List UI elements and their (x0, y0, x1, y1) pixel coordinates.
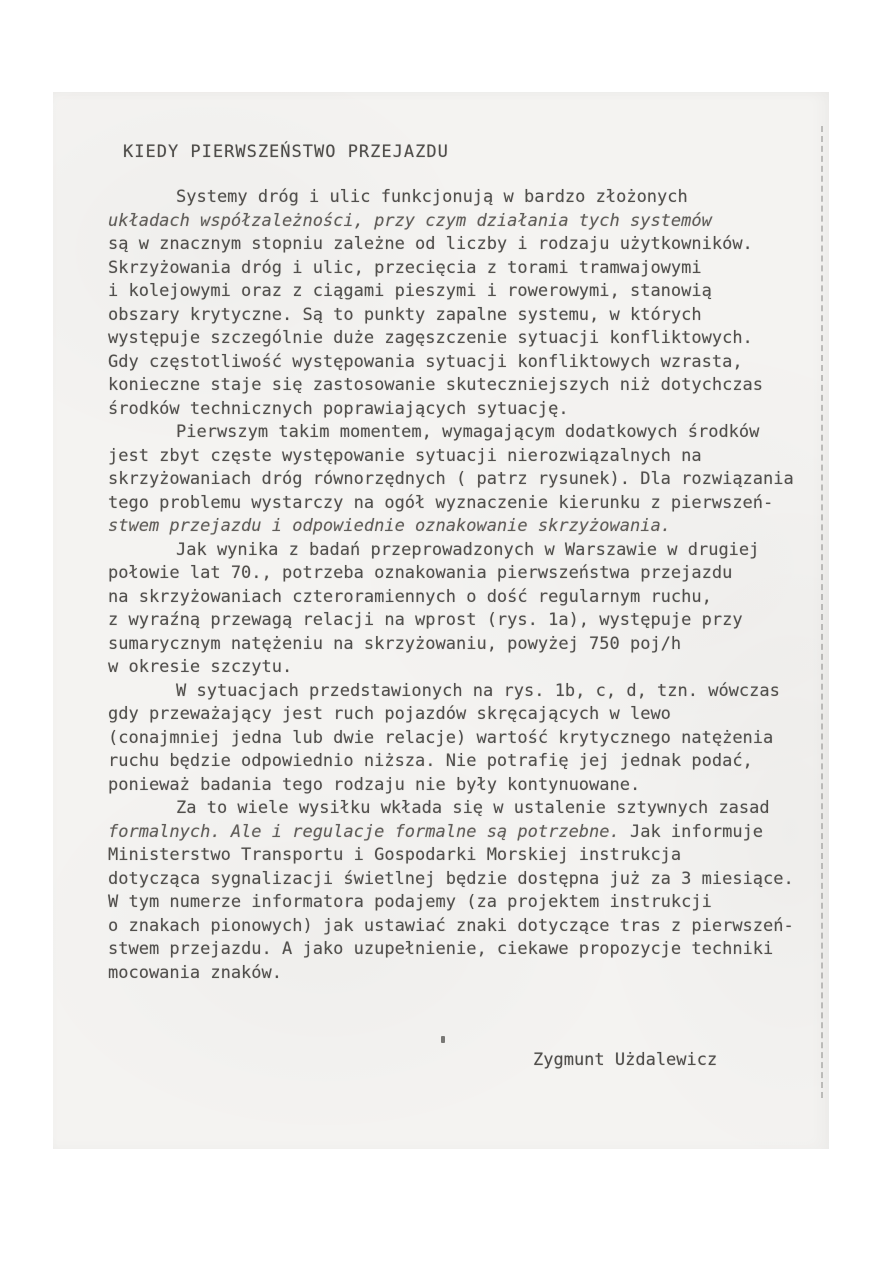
text-line: ponieważ badania tego rodzaju nie były k… (108, 774, 818, 798)
text-line: jest zbyt częste występowanie sytuacji n… (108, 445, 818, 469)
plain-text: sumarycznym natężeniu na skrzyżowaniu, p… (108, 634, 681, 654)
text-line: skrzyżowaniach dróg równorzędnych ( patr… (108, 468, 818, 492)
plain-text: stwem przejazdu. A jako uzupełnienie, ci… (108, 939, 773, 959)
text-line: sumarycznym natężeniu na skrzyżowaniu, p… (108, 633, 818, 657)
text-line: W tym numerze informatora podajemy (za p… (108, 891, 818, 915)
text-line: obszary krytyczne. Są to punkty zapalne … (108, 304, 818, 328)
text-line: środków technicznych poprawiających sytu… (108, 398, 818, 422)
ink-speck (441, 1036, 445, 1043)
text-line: ruchu będzie odpowiednio niższa. Nie pot… (108, 750, 818, 774)
plain-text: Pierwszym takim momentem, wymagającym do… (176, 422, 759, 442)
text-line: układach współzależności, przy czym dzia… (108, 210, 818, 234)
plain-text: Skrzyżowania dróg i ulic, przecięcia z t… (108, 258, 702, 278)
plain-text: połowie lat 70., potrzeba oznakowania pi… (108, 563, 732, 583)
text-line: W sytuacjach przedstawionych na rys. 1b,… (108, 680, 818, 704)
scanned-page-canvas: KIEDY PIERWSZEŃSTWO PRZEJAZDU Systemy dr… (0, 0, 893, 1263)
text-line: tego problemu wystarczy na ogół wyznacze… (108, 492, 818, 516)
fold-mark-line (821, 126, 823, 1098)
text-line: stwem przejazdu. A jako uzupełnienie, ci… (108, 938, 818, 962)
text-line: z wyraźną przewagą relacji na wprost (ry… (108, 609, 818, 633)
emphasized-text: układach współzależności, przy czym dzia… (108, 211, 712, 231)
plain-text: ponieważ badania tego rodzaju nie były k… (108, 775, 640, 795)
document-body: Systemy dróg i ulic funkcjonują w bardzo… (108, 186, 818, 985)
text-line: i kolejowymi oraz z ciągami pieszymi i r… (108, 280, 818, 304)
plain-text: Jak wynika z badań przeprowadzonych w Wa… (176, 540, 759, 560)
text-line: Pierwszym takim momentem, wymagającym do… (108, 421, 818, 445)
plain-text: Za to wiele wysiłku wkłada się w ustalen… (176, 798, 770, 818)
text-line: połowie lat 70., potrzeba oznakowania pi… (108, 562, 818, 586)
plain-text: Gdy częstotliwość występowania sytuacji … (108, 352, 743, 372)
plain-text: Systemy dróg i ulic funkcjonują w bardzo… (176, 187, 688, 207)
plain-text: występuje szczególnie duże zagęszczenie … (108, 328, 753, 348)
plain-text: o znakach pionowych) jak ustawiać znaki … (108, 916, 794, 936)
plain-text: W tym numerze informatora podajemy (za p… (108, 892, 712, 912)
text-line: Jak wynika z badań przeprowadzonych w Wa… (108, 539, 818, 563)
text-line: są w znacznym stopniu zależne od liczby … (108, 233, 818, 257)
plain-text: z wyraźną przewagą relacji na wprost (ry… (108, 610, 743, 630)
text-line: (conajmniej jedna lub dwie relacje) wart… (108, 727, 818, 751)
plain-text: Jak informuje (620, 822, 763, 842)
text-line: na skrzyżowaniach czteroramiennych o doś… (108, 586, 818, 610)
document-title: KIEDY PIERWSZEŃSTWO PRZEJAZDU (123, 142, 449, 162)
plain-text: w okresie szczytu. (108, 657, 292, 677)
plain-text: są w znacznym stopniu zależne od liczby … (108, 234, 753, 254)
plain-text: i kolejowymi oraz z ciągami pieszymi i r… (108, 281, 712, 301)
emphasized-text: formalnych. Ale i regulacje formalne są … (108, 822, 620, 842)
text-line: występuje szczególnie duże zagęszczenie … (108, 327, 818, 351)
scanned-paper: KIEDY PIERWSZEŃSTWO PRZEJAZDU Systemy dr… (53, 92, 829, 1149)
text-line: mocowania znaków. (108, 962, 818, 986)
text-line: Gdy częstotliwość występowania sytuacji … (108, 351, 818, 375)
text-line: gdy przeważający jest ruch pojazdów skrę… (108, 703, 818, 727)
plain-text: skrzyżowaniach dróg równorzędnych ( patr… (108, 469, 794, 489)
signature: Zygmunt Użdalewicz (533, 1050, 717, 1070)
text-line: o znakach pionowych) jak ustawiać znaki … (108, 915, 818, 939)
text-line: dotycząca sygnalizacji świetlnej będzie … (108, 868, 818, 892)
text-line: Systemy dróg i ulic funkcjonują w bardzo… (108, 186, 818, 210)
plain-text: obszary krytyczne. Są to punkty zapalne … (108, 305, 702, 325)
plain-text: na skrzyżowaniach czteroramiennych o doś… (108, 587, 712, 607)
plain-text: jest zbyt częste występowanie sytuacji n… (108, 446, 702, 466)
plain-text: środków technicznych poprawiających sytu… (108, 399, 569, 419)
plain-text: W sytuacjach przedstawionych na rys. 1b,… (176, 681, 780, 701)
plain-text: Ministerstwo Transportu i Gospodarki Mor… (108, 845, 681, 865)
plain-text: konieczne staje się zastosowanie skutecz… (108, 375, 763, 395)
plain-text: (conajmniej jedna lub dwie relacje) wart… (108, 728, 773, 748)
text-line: Skrzyżowania dróg i ulic, przecięcia z t… (108, 257, 818, 281)
plain-text: dotycząca sygnalizacji świetlnej będzie … (108, 869, 794, 889)
plain-text: mocowania znaków. (108, 963, 282, 983)
text-line: konieczne staje się zastosowanie skutecz… (108, 374, 818, 398)
emphasized-text: stwem przejazdu i odpowiednie oznakowani… (108, 516, 671, 536)
text-line: Za to wiele wysiłku wkłada się w ustalen… (108, 797, 818, 821)
text-line: formalnych. Ale i regulacje formalne są … (108, 821, 818, 845)
plain-text: tego problemu wystarczy na ogół wyznacze… (108, 493, 773, 513)
text-line: Ministerstwo Transportu i Gospodarki Mor… (108, 844, 818, 868)
text-line: w okresie szczytu. (108, 656, 818, 680)
plain-text: gdy przeważający jest ruch pojazdów skrę… (108, 704, 671, 724)
text-line: stwem przejazdu i odpowiednie oznakowani… (108, 515, 818, 539)
plain-text: ruchu będzie odpowiednio niższa. Nie pot… (108, 751, 753, 771)
